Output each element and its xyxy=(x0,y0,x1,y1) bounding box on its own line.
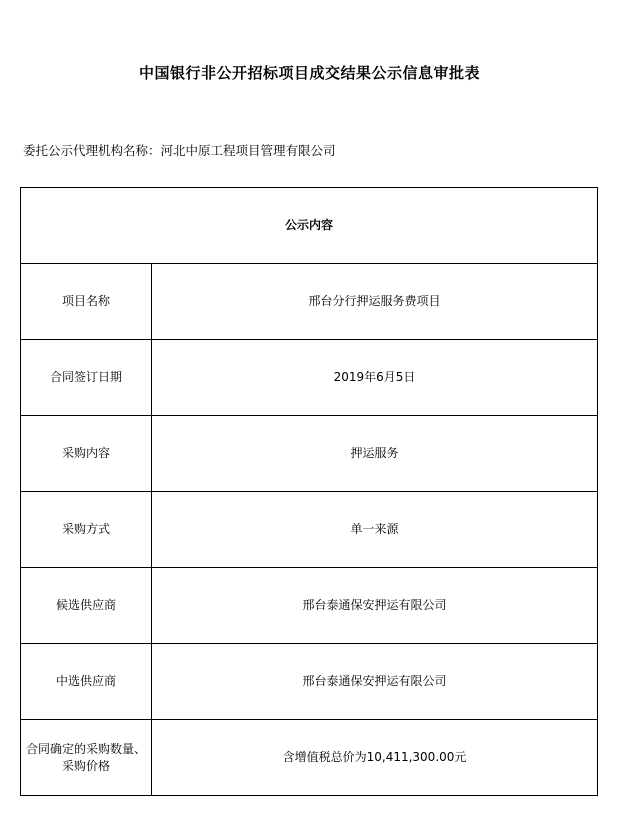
row-value: 2019年6月5日 xyxy=(152,340,598,416)
table-row-project-name: 项目名称 邢台分行押运服务费项目 xyxy=(21,264,598,340)
row-value: 含增值税总价为10,411,300.00元 xyxy=(152,720,598,796)
table-row-procurement-content: 采购内容 押运服务 xyxy=(21,416,598,492)
row-label: 采购内容 xyxy=(21,416,152,492)
agency-line: 委托公示代理机构名称：河北中原工程项目管理有限公司 xyxy=(23,141,336,159)
table-header-row: 公示内容 xyxy=(21,188,598,264)
table-header: 公示内容 xyxy=(21,188,598,264)
row-value: 押运服务 xyxy=(152,416,598,492)
row-label: 项目名称 xyxy=(21,264,152,340)
table-row-candidate-supplier: 候选供应商 邢台泰通保安押运有限公司 xyxy=(21,568,598,644)
row-label: 合同确定的采购数量、采购价格 xyxy=(21,720,152,796)
row-label: 合同签订日期 xyxy=(21,340,152,416)
notice-table-container: 公示内容 项目名称 邢台分行押运服务费项目 合同签订日期 2019年6月5日 采… xyxy=(20,187,597,796)
document-title: 中国银行非公开招标项目成交结果公示信息审批表 xyxy=(0,62,619,83)
notice-table: 公示内容 项目名称 邢台分行押运服务费项目 合同签订日期 2019年6月5日 采… xyxy=(20,187,598,796)
agency-label: 委托公示代理机构名称： xyxy=(23,143,161,158)
row-label: 中选供应商 xyxy=(21,644,152,720)
row-value: 邢台分行押运服务费项目 xyxy=(152,264,598,340)
row-value: 邢台泰通保安押运有限公司 xyxy=(152,644,598,720)
row-value: 单一来源 xyxy=(152,492,598,568)
table-row-selected-supplier: 中选供应商 邢台泰通保安押运有限公司 xyxy=(21,644,598,720)
table-row-quantity-price: 合同确定的采购数量、采购价格 含增值税总价为10,411,300.00元 xyxy=(21,720,598,796)
agency-name: 河北中原工程项目管理有限公司 xyxy=(161,143,336,158)
table-row-contract-date: 合同签订日期 2019年6月5日 xyxy=(21,340,598,416)
table-row-procurement-method: 采购方式 单一来源 xyxy=(21,492,598,568)
row-value: 邢台泰通保安押运有限公司 xyxy=(152,568,598,644)
row-label: 采购方式 xyxy=(21,492,152,568)
row-label: 候选供应商 xyxy=(21,568,152,644)
